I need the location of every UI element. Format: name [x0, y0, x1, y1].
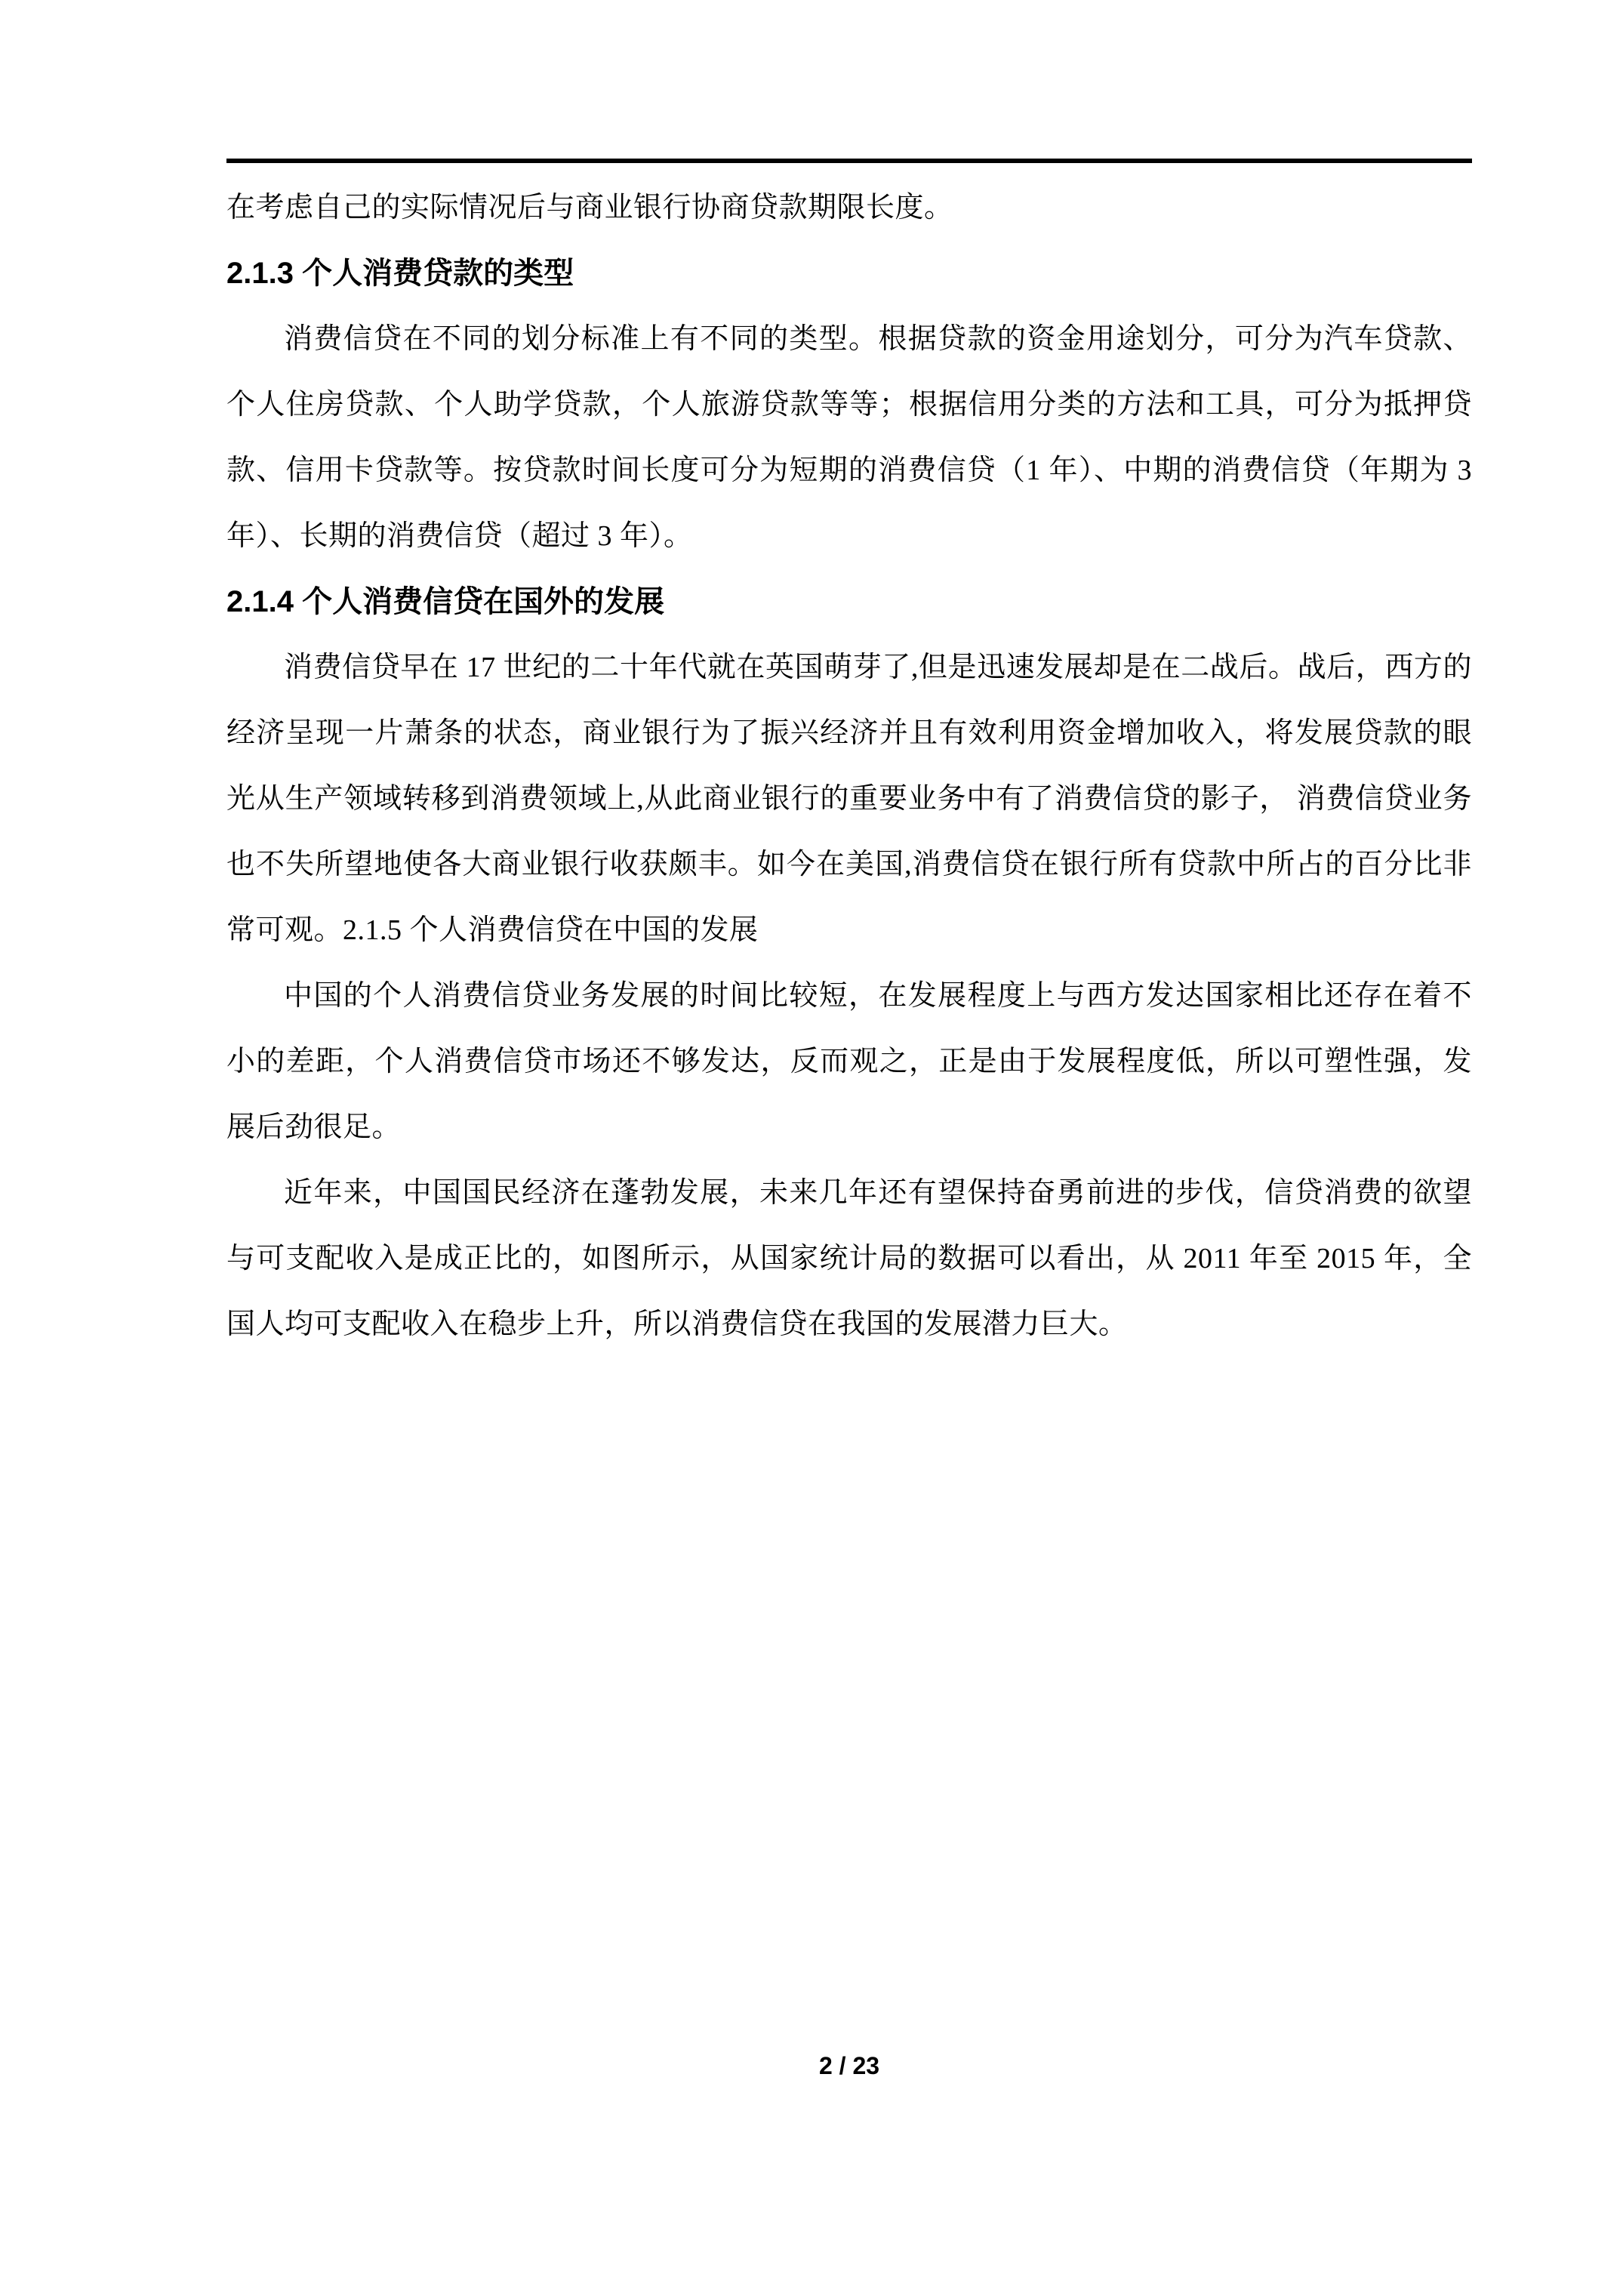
- heading-2-1-3: 2.1.3 个人消费贷款的类型: [226, 241, 1472, 307]
- paragraph-china-development: 中国的个人消费信贷业务发展的时间比较短，在发展程度上与西方发达国家相比还存在着不…: [226, 963, 1472, 1160]
- document-page: 在考虑自己的实际情况后与商业银行协商贷款期限长度。 2.1.3 个人消费贷款的类…: [0, 0, 1623, 2296]
- paragraph-foreign-development: 消费信贷早在 17 世纪的二十年代就在英国萌芽了,但是迅速发展却是在二战后。战后…: [226, 635, 1472, 963]
- paragraph-loan-types: 消费信贷在不同的划分标准上有不同的类型。根据贷款的资金用途划分，可分为汽车贷款、…: [226, 307, 1472, 569]
- heading-2-1-4: 2.1.4 个人消费信贷在国外的发展: [226, 569, 1472, 635]
- page-footer: 2 / 23: [226, 2051, 1472, 2081]
- paragraph-recent-years: 近年来，中国国民经济在蓬勃发展，未来几年还有望保持奋勇前进的步伐，信贷消费的欲望…: [226, 1160, 1472, 1358]
- header-divider: [226, 159, 1472, 163]
- document-body: 在考虑自己的实际情况后与商业银行协商贷款期限长度。 2.1.3 个人消费贷款的类…: [226, 0, 1472, 1358]
- paragraph-continuation: 在考虑自己的实际情况后与商业银行协商贷款期限长度。: [226, 175, 1472, 241]
- page-number: 2 / 23: [819, 2052, 879, 2079]
